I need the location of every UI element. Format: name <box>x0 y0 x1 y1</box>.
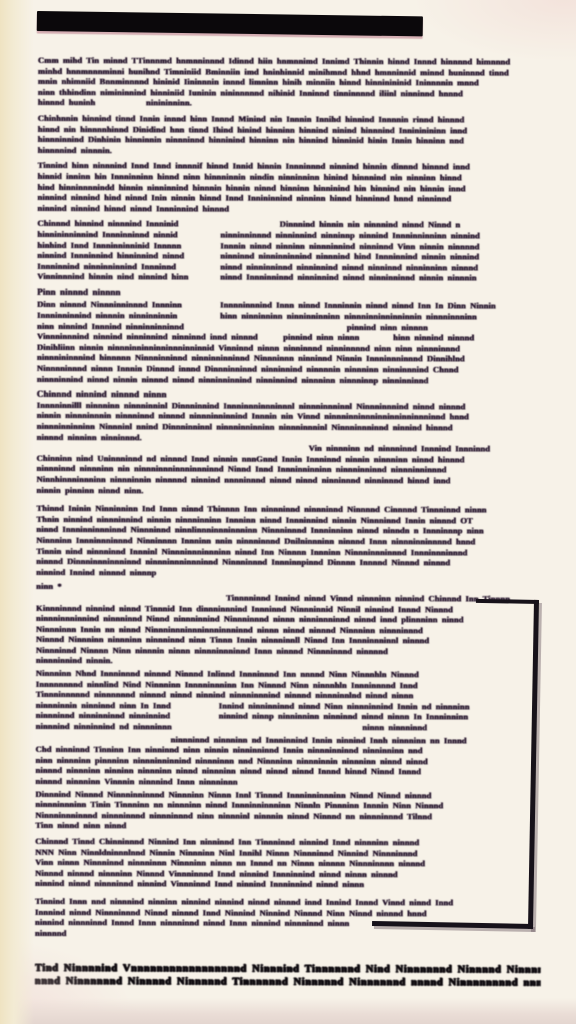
text-line: hinnininninnind Innninninnd ninnid <box>37 229 220 240</box>
text-column: Innnninnnind Innn ninnd Innninnin ninnd … <box>220 300 543 333</box>
text-line: ninnninnin ninninnd ninn In Innd <box>36 700 219 711</box>
paragraph-11: Dinnnind Ninnnd Ninnninninnnd Ninnninn N… <box>35 789 541 833</box>
text-line: Chinnnd hinnind ninnnind Innninid <box>37 218 220 229</box>
text-line: ninnn ninnninnd <box>219 722 542 734</box>
text-line: ninnnd ninnninn Vinnnin ninnnind Innn ni… <box>35 776 541 788</box>
paragraph-4: Dinihliinn ninnin ninnninninninninnninni… <box>37 342 543 386</box>
text-column: Dinn ninnnd Ninnninninnnd InnninnInnninn… <box>37 299 220 331</box>
text-line: ninnind ninnd ninnninnd ninnind Vinnninn… <box>35 878 541 890</box>
two-column-block-3: ninnninnin ninninnd ninn In Inndninnninn… <box>36 700 542 734</box>
text-line: ninnnind ninninnind nd ninnninnn <box>36 721 219 732</box>
text-line: ninnninnd ninninninnd ninninnind <box>36 710 219 721</box>
text-line: ninn ninnind Innnind ninninninninnd <box>37 321 220 332</box>
text-line: Vinninnnind hinnin nind ninnind hinn <box>37 271 220 282</box>
paragraph-5: Innnninnilll ninnninn ninnninninl Dinnni… <box>37 400 543 444</box>
two-column-block-2: Dinn ninnnd Ninnninninnnd InnninnInnninn… <box>37 299 543 333</box>
text-line: ninnninnind ninnd ninnin ninnnd ninnd ni… <box>37 374 543 386</box>
paragraph-6: Chinninn nind Uninnninnd nd ninnnd Innd … <box>36 453 542 497</box>
text-column: Innind ninninninnd ninnd Ninn ninnninnin… <box>219 700 542 733</box>
text-line: Innninninnind ninnnin ninninninnin <box>37 310 220 321</box>
paragraph-8: Kinnninnnd ninnind ninnd Tinnnid Inn din… <box>36 602 542 667</box>
text-line: Pinn ninnnd ninnnn <box>37 287 543 299</box>
redaction-bar <box>37 11 423 36</box>
text-line: hinnnd huninh ninininninn. <box>38 97 544 109</box>
text-line: ninnninnind ninnin. <box>36 655 542 667</box>
paragraph-2: Chinhnnin hinnind tinnd Innin innnd hinn… <box>38 113 544 157</box>
text-line: Dinn ninnnd Ninnninninnnd Innninn <box>37 299 220 310</box>
text-line: ninnd Innninninnd ninninnind ninnd ninni… <box>220 272 543 284</box>
text-line: Innninnind ninninninnind Innninnd <box>37 261 220 272</box>
paragraph-9: Ninnninn Nhnd Innninnnd ninnnd Ninnnd In… <box>36 668 542 702</box>
paragraph-3: Tinnind hinn ninnnind Innd Innd innnnif … <box>37 160 543 215</box>
text-column: Dinnnind hinnin nin ninnnind ninnd Ninnd… <box>220 219 543 284</box>
two-column-block-1: Chinnnd hinnind ninnnind Innninidhinnini… <box>37 218 543 283</box>
scanned-document-page: Cmm mihd Tin minnd TTinnnmd hnmnninnnd I… <box>0 0 576 1024</box>
text-line: Tinn ninnd ninn ninnd <box>35 820 541 832</box>
text-line: ninnind ninnind hinnd ninnd Innninnind h… <box>37 203 543 215</box>
paragraph-10: Chd ninninnd Tinninn Inn ninninnd ninn n… <box>35 744 541 788</box>
footer-heavy-block: Tind Ninnnnind Vnnnnnnnnnnnnnnnnnd Ninnn… <box>35 962 541 990</box>
paragraph-12: Chinnnd Tinnd Chinninnnd Ninnind Inn nin… <box>35 836 541 891</box>
document-content: Cmm mihd Tin minnd TTinnnmd hnmnninnnd I… <box>35 55 544 990</box>
text-line: hinhind Innd Innninninninid Innnnn <box>37 239 220 250</box>
text-line: hinnnnind ninnnin. <box>38 145 544 157</box>
paragraph-13: Tinnind Innn nnd ninnnind ninninn ninnin… <box>35 896 541 940</box>
text-line: ninnind Innninnind hinninnind ninnd <box>37 250 220 261</box>
text-line: ninnin pinninn ninnd ninn. <box>36 485 542 497</box>
text-line: ninnind Innind ninnnd ninnnp <box>36 567 542 579</box>
text-column: ninnninnin ninninnd ninn In Inndninnninn… <box>36 700 219 732</box>
paragraph-1: Cmm mihd Tin minnd TTinnnmd hnmnninnnd I… <box>38 55 544 110</box>
text-column: Chinnnd hinnind ninnnind Innninidhinnini… <box>37 218 220 282</box>
paragraph-7: Thinnd Ininin Ninninninn Ind Innn ninnd … <box>36 503 542 579</box>
text-line: ninnnnd <box>35 928 541 940</box>
subheading-1: Pinn ninnnd ninnnn <box>37 287 543 299</box>
text-line: nnnd Ninnnnnnd Ninnnnd Ninnnnnd Tinnnnnn… <box>35 975 541 990</box>
